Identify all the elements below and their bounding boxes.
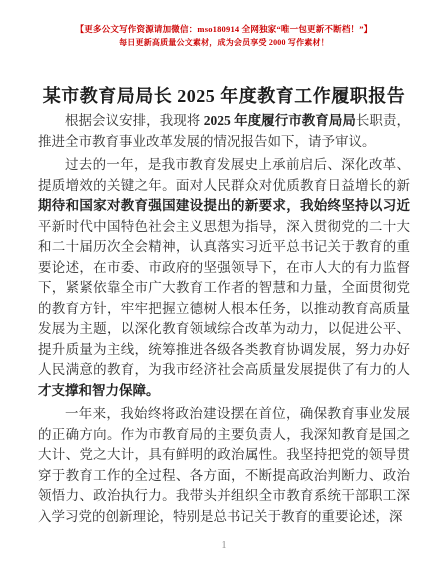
watermark-line-1: 【更多公文写作资源请加微信：mso180914 全网独家“唯一包更新不断档！”】 bbox=[0, 23, 448, 36]
watermark-header: 【更多公文写作资源请加微信：mso180914 全网独家“唯一包更新不断档！”】… bbox=[0, 23, 448, 49]
paragraph-text: 过去的一年，是我市教育发展史上承前启后、深化改革、提质增效的关键之年。面对人民群… bbox=[38, 157, 410, 193]
page-number: 1 bbox=[0, 540, 448, 551]
document-body: 根据会议安排，我现将 2025 年度履行市教育局局长职责，推进全市教育事业改革发… bbox=[38, 111, 410, 530]
paragraph-bold-text: 2025 年度履行市教育局局 bbox=[204, 113, 356, 128]
paragraph: 过去的一年，是我市教育发展史上承前启后、深化改革、提质增效的关键之年。面对人民群… bbox=[38, 155, 410, 401]
watermark-line-2: 每日更新高质量公文素材，成为会员享受 2000 写作素材！ bbox=[0, 36, 448, 49]
paragraph: 根据会议安排，我现将 2025 年度履行市教育局局长职责，推进全市教育事业改革发… bbox=[38, 111, 410, 152]
document-page: 【更多公文写作资源请加微信：mso180914 全网独家“唯一包更新不断档！”】… bbox=[0, 0, 448, 580]
paragraph-text: 平新时代中国特色社会主义思想为指导，深入贯彻党的二十大和二十届历次全会精神，认真… bbox=[38, 219, 410, 378]
paragraph-bold-text: 才支撑和智力保障。 bbox=[38, 383, 160, 398]
paragraph-text: 一年来，我始终将政治建设摆在首位，确保教育事业发展的正确方向。作为市教育局的主要… bbox=[38, 406, 410, 524]
document-title: 某市教育局局长 2025 年度教育工作履职报告 bbox=[0, 82, 448, 108]
paragraph: 一年来，我始终将政治建设摆在首位，确保教育事业发展的正确方向。作为市教育局的主要… bbox=[38, 404, 410, 527]
paragraph-text: 根据会议安排，我现将 bbox=[65, 113, 204, 128]
paragraph-bold-text: 期待和国家对教育强国建设提出的新要求，我始终坚持以习近 bbox=[38, 198, 410, 213]
